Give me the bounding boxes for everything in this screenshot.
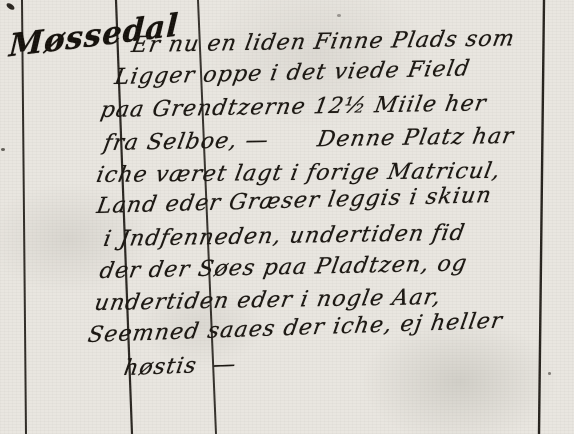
handwritten-line: høstis — (122, 352, 238, 381)
paper-speck (337, 14, 341, 17)
paper-speck (548, 372, 551, 375)
manuscript-page: Møssedal Er nu en liden Finne Plads som … (0, 0, 574, 434)
column-rule-1 (22, 0, 26, 434)
paper-speck (1, 148, 5, 151)
column-rule-4 (539, 0, 544, 434)
